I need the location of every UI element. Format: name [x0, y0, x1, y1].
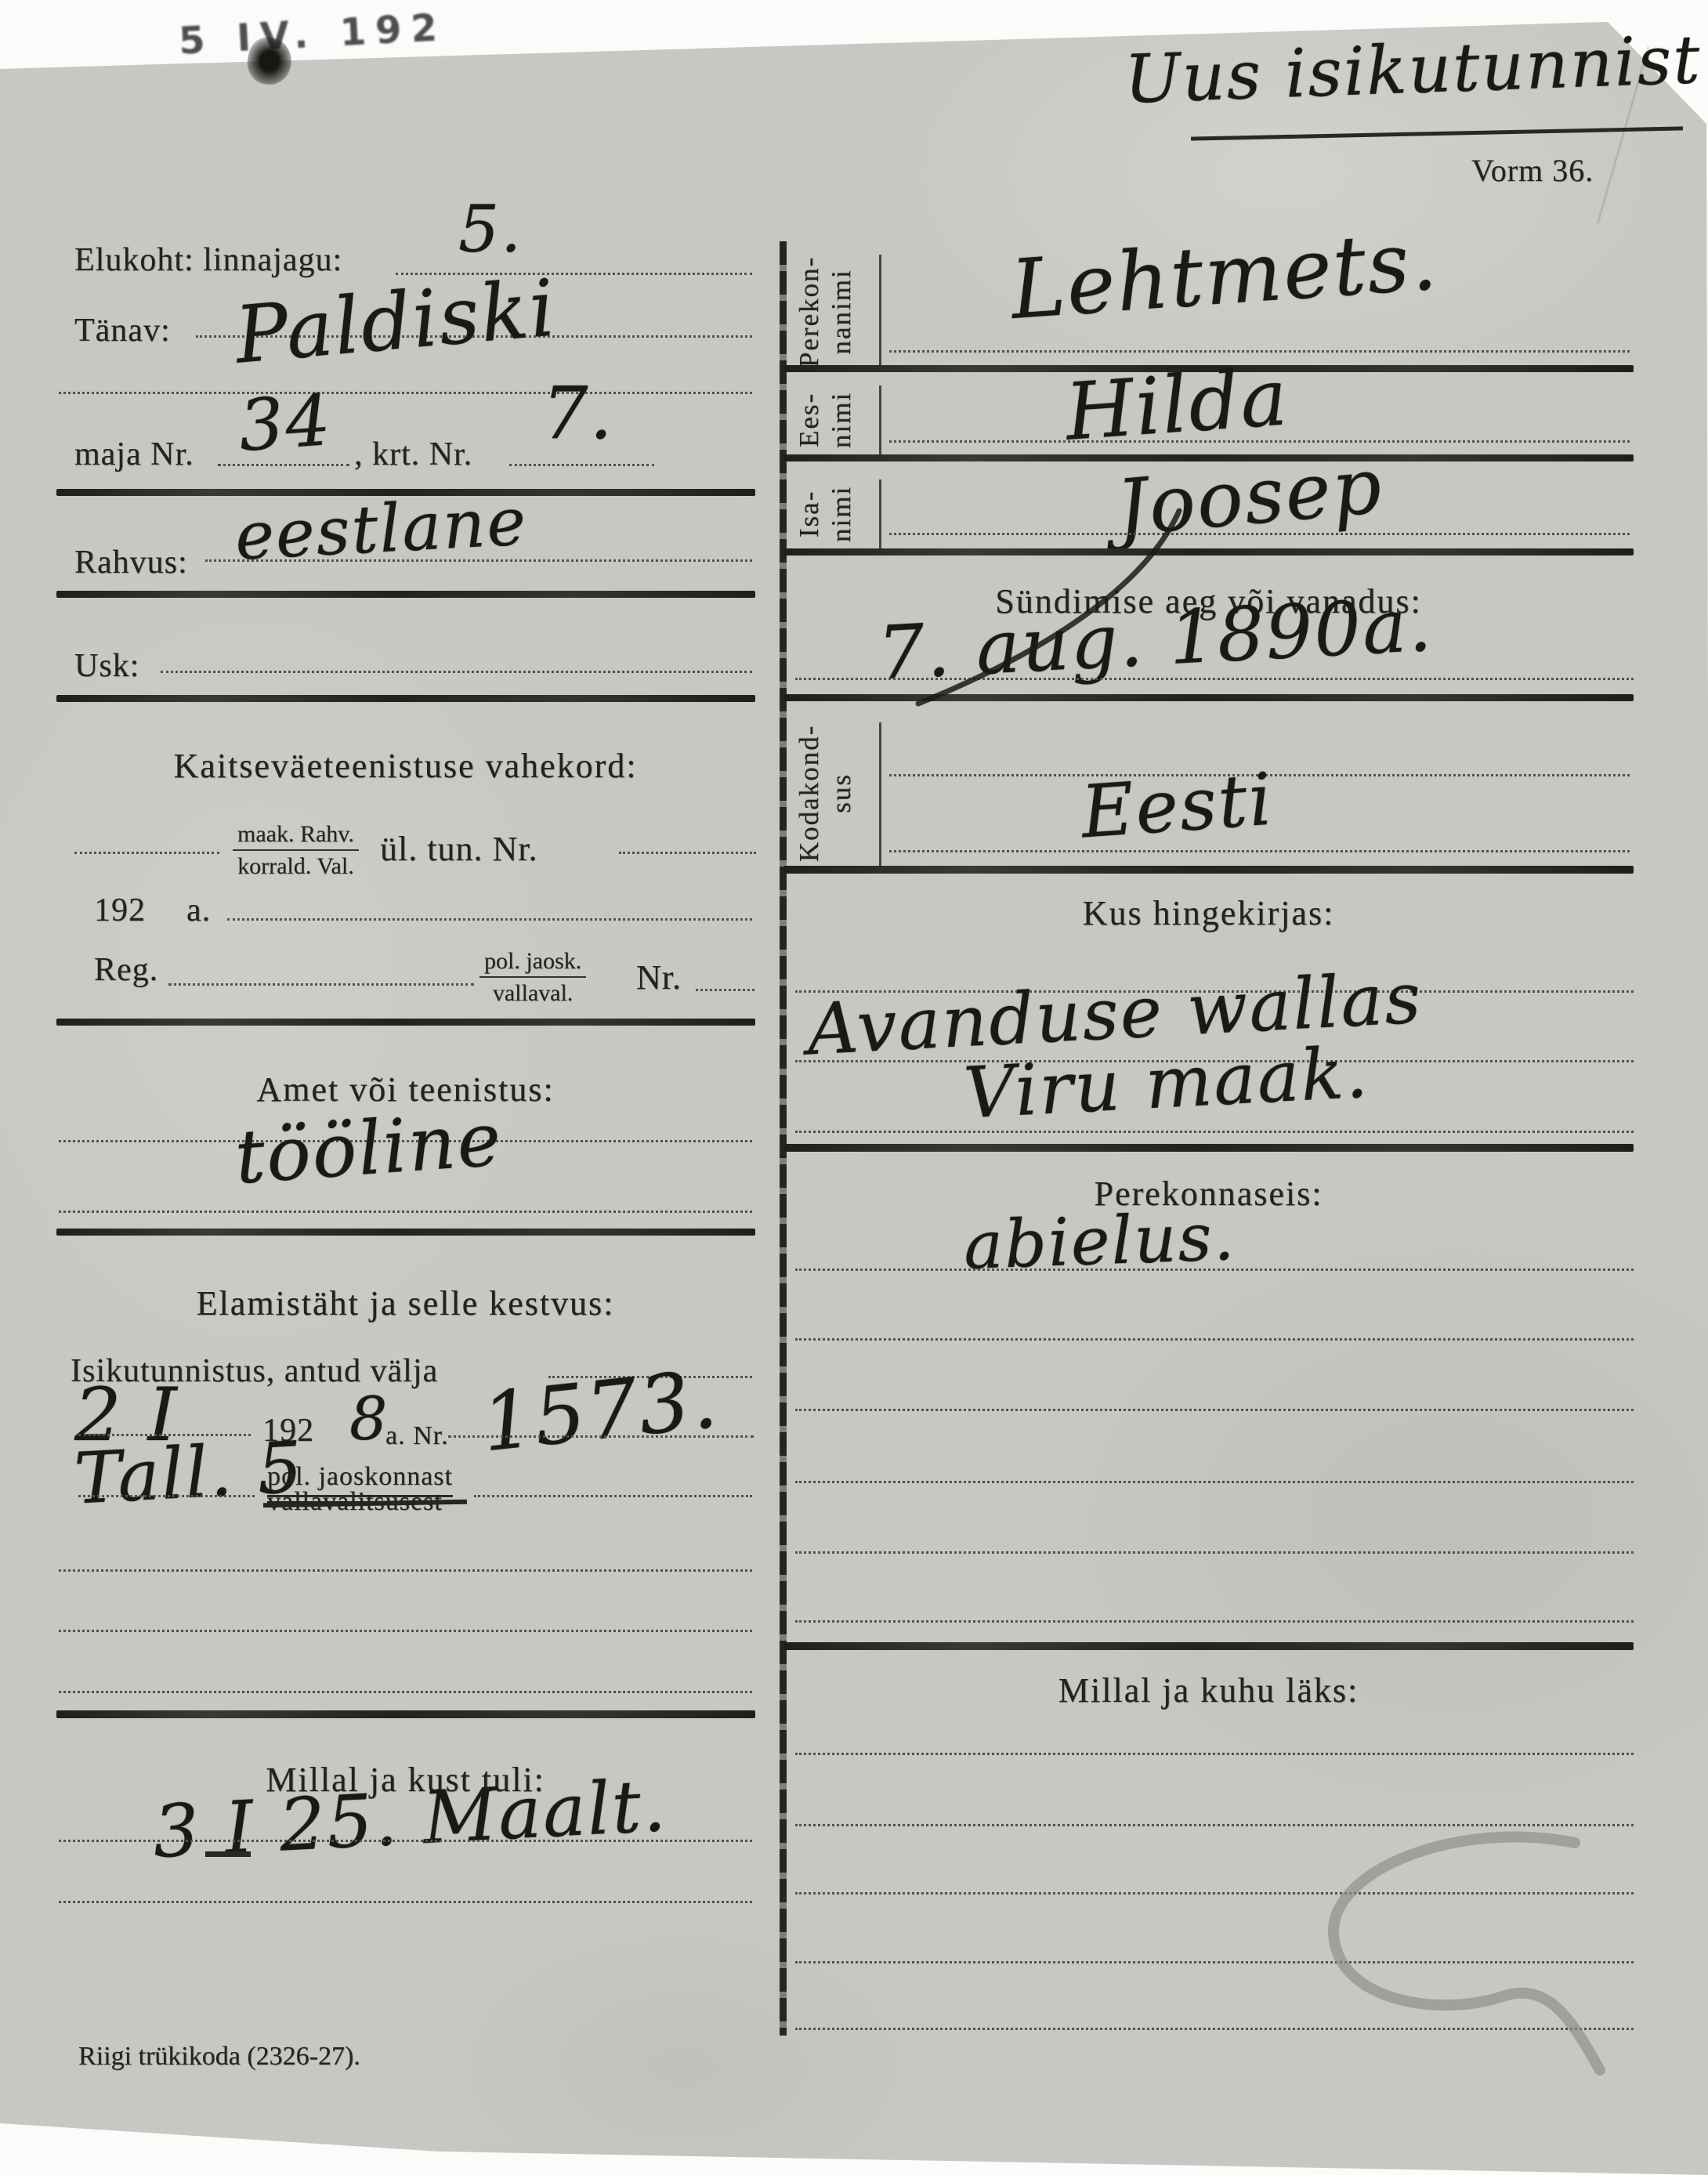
krt-value: 7. — [542, 371, 614, 455]
elukoht-label: Elukoht: linnajagu: — [74, 241, 342, 279]
dotted-line — [474, 1495, 752, 1497]
section-rule — [783, 1144, 1634, 1152]
dotted-line — [59, 1691, 752, 1693]
kaitsevagi-heading: Kaitseväeteenistuse vahekord: — [59, 746, 752, 786]
label-line: nimi — [825, 392, 857, 448]
section-rule — [783, 548, 1634, 556]
dotted-line — [59, 1840, 752, 1842]
dotted-line — [795, 1961, 1634, 1963]
section-rule — [56, 695, 755, 702]
fraction-top: maak. Rahv. — [233, 821, 359, 851]
label-line: Isa- — [793, 490, 825, 537]
label-line: Ees- — [793, 393, 825, 447]
a-nr-label: a. Nr. — [385, 1421, 449, 1451]
perekonnaseis-value: abielus. — [962, 1198, 1236, 1284]
rahvus-value: eestlane — [233, 483, 530, 574]
label-line: nimi — [825, 486, 857, 542]
dotted-line — [78, 1495, 255, 1497]
fraction-top: pol. jaosk. — [479, 948, 586, 978]
dotted-line — [168, 983, 474, 986]
dotted-line — [795, 1551, 1634, 1554]
section-rule — [56, 1229, 755, 1236]
rahvus-label: Rahvus: — [74, 544, 188, 581]
dotted-line — [795, 1481, 1634, 1483]
section-rule — [783, 694, 1634, 701]
maja-value: 34 — [236, 379, 335, 468]
dotted-line — [509, 464, 654, 466]
dotted-line — [74, 852, 219, 854]
date-stamp: 5 IV. 192 — [178, 5, 448, 63]
pen-mark — [205, 1851, 251, 1857]
dotted-line — [59, 392, 752, 394]
nr-label: Nr. — [636, 957, 682, 997]
usk-label: Usk: — [74, 647, 139, 685]
dotted-line — [161, 671, 752, 673]
dotted-line — [795, 678, 1634, 680]
label-line: Kodakond- — [793, 725, 825, 862]
dotted-line — [795, 1824, 1634, 1826]
year-suffix: a. — [186, 892, 211, 929]
fraction-bottom: korrald. Val. — [233, 851, 359, 880]
elukoht-value: 5. — [458, 193, 523, 267]
dotted-line — [795, 2028, 1634, 2030]
dotted-line — [889, 850, 1630, 852]
dotted-line — [619, 852, 756, 854]
dotted-line — [795, 1892, 1634, 1895]
maja-label: maja Nr. — [74, 436, 194, 473]
section-rule — [56, 1710, 755, 1718]
scanned-form: 5 IV. 192 Uus isikutunnist Vorm 36. Eluk… — [0, 0, 1708, 2175]
dotted-line — [889, 440, 1630, 443]
dotted-line — [889, 533, 1630, 535]
dotted-line — [696, 989, 754, 991]
label-line: nanimi — [825, 269, 857, 354]
label-separator — [879, 480, 881, 548]
label-line: sus — [825, 773, 857, 813]
printer-footer: Riigi trükikoda (2326-27). — [78, 2042, 360, 2072]
dotted-line — [795, 1409, 1634, 1411]
form-number: Vorm 36. — [1471, 152, 1594, 189]
reg-fraction: pol. jaosk. vallaval. — [479, 948, 586, 1007]
isanimi-label: Isa- nimi — [793, 478, 857, 550]
hingekiri-heading: Kus hingekirjas: — [783, 893, 1634, 933]
column-divider — [780, 241, 787, 2036]
ul-tun-nr-label: ül. tun. Nr. — [380, 829, 537, 869]
dotted-line — [59, 1211, 752, 1213]
year-value: 8 — [349, 1384, 389, 1453]
kodakondsus-value: Eesti — [1079, 758, 1276, 855]
dotted-line — [227, 918, 752, 921]
eesnimi-label: Ees- nimi — [793, 384, 857, 456]
year-prefix: 192 — [94, 892, 146, 929]
dotted-line — [59, 1569, 752, 1572]
dotted-line — [795, 1620, 1634, 1623]
dotted-line — [59, 1630, 752, 1632]
reg-label: Reg. — [94, 951, 158, 989]
section-rule — [783, 866, 1634, 874]
kaitsevagi-fraction: maak. Rahv. korrald. Val. — [233, 821, 359, 880]
section-rule — [56, 591, 755, 598]
label-separator — [879, 722, 881, 866]
section-rule — [56, 1019, 755, 1026]
label-separator — [879, 255, 881, 367]
dotted-line — [59, 1901, 752, 1903]
label-line: Perekon- — [793, 256, 825, 367]
millal-laks-heading: Millal ja kuhu läks: — [783, 1670, 1634, 1710]
dotted-line — [795, 1268, 1634, 1271]
dotted-line — [448, 1435, 754, 1438]
perekonnanimi-label: Perekon- nanimi — [793, 257, 857, 367]
label-separator — [879, 385, 881, 454]
dotted-line — [795, 1338, 1634, 1341]
krt-label: , krt. Nr. — [354, 436, 472, 473]
section-rule — [783, 1642, 1634, 1650]
kodakondsus-label: Kodakond- sus — [793, 721, 857, 866]
dotted-line — [795, 1753, 1634, 1755]
elamistaht-heading: Elamistäht ja selle kestvus: — [59, 1283, 752, 1323]
dotted-line — [795, 1131, 1634, 1133]
fraction-bottom: vallaval. — [479, 978, 586, 1007]
tanav-label: Tänav: — [74, 312, 171, 349]
